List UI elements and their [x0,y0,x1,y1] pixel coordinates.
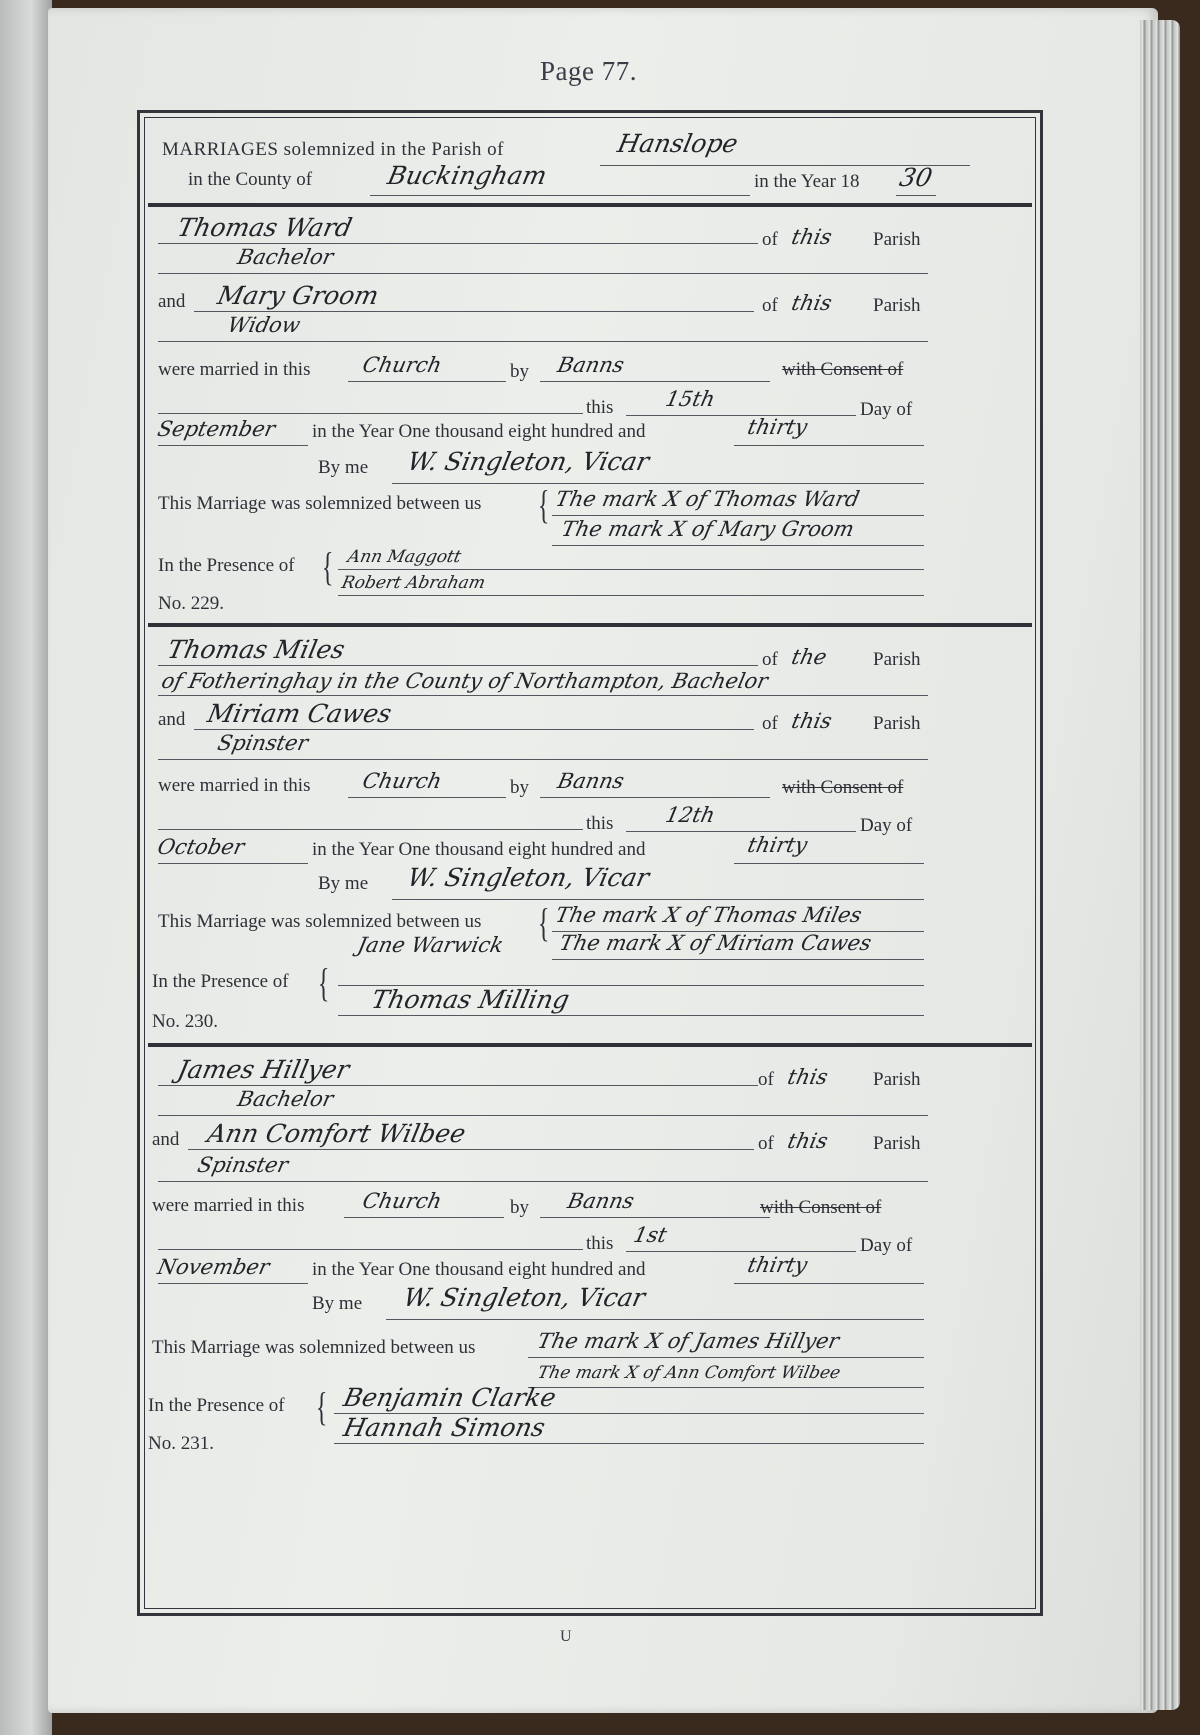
witness-2: Robert Abraham [340,573,487,593]
witness-2: Hannah Simons [341,1413,548,1442]
groom-blank [158,243,758,244]
brace: { [318,963,330,1003]
of-label: of [758,1069,774,1091]
officiant: W. Singleton, Vicar [401,1283,648,1312]
status-blank [158,341,928,342]
marriage-by: Banns [555,769,626,793]
solemnized-label: This Marriage was solemnized between us [158,911,481,933]
with-consent-label: with Consent of [782,777,903,799]
parish-label: Parish [873,649,921,671]
bride-blank [194,729,754,730]
bride-name: Ann Comfort Wilbee [205,1119,468,1148]
and-label: and [152,1129,179,1151]
status-blank [158,273,928,274]
bride-parish: this [789,709,834,733]
marriage-place: Church [360,1189,444,1213]
bride-name: Mary Groom [215,281,381,310]
bride-status: Spinster [195,1153,290,1177]
parish-label: Parish [873,1069,921,1091]
signature-blank [528,1387,924,1388]
signature-groom: The mark X of James Hillyer [535,1329,841,1353]
marriage-entry: Thomas Ward of this Parish Bachelor and … [148,203,1032,621]
brace: { [538,903,550,943]
by-me-label: By me [318,873,368,895]
marriage-place: Church [360,353,444,377]
solemnized-label: This Marriage was solemnized between us [152,1337,475,1359]
by-blank [540,1217,770,1218]
printer-signature-mark: U [560,1628,572,1646]
marriage-by: Banns [565,1189,636,1213]
marriage-day: 1st [631,1223,669,1247]
marriage-entry: James Hillyer of this Parish Bachelor an… [148,1043,1032,1603]
consent-blank [158,829,583,830]
header-parish: Hanslope [615,129,741,158]
witness-blank [338,595,924,596]
marriage-by: Banns [555,353,626,377]
bride-name: Miriam Cawes [205,699,394,728]
brace: { [316,1387,328,1427]
signature-bride: The mark X of Mary Groom [559,517,856,541]
place-blank [348,797,506,798]
groom-status: Bachelor [235,245,335,269]
page-stack-edges [1140,20,1180,1710]
of-label: of [762,295,778,317]
signature-blank [552,931,924,932]
officiant-blank [392,899,924,900]
place-blank [348,381,506,382]
officiant: W. Singleton, Vicar [405,447,652,476]
marriage-year: thirty [745,415,809,439]
status-blank [158,1115,928,1116]
entry-number: No. 229. [158,593,224,615]
by-blank [540,797,770,798]
signature-blank [552,959,924,960]
bride-status: Spinster [215,731,310,755]
bride-blank [194,311,754,312]
entry-divider [148,203,1032,207]
marriage-month: September [155,417,277,441]
groom-blank [158,1085,758,1086]
groom-name: Thomas Ward [175,213,355,242]
page-number: Page 77. [540,56,637,87]
consent-blank [158,1249,583,1250]
groom-name: Thomas Miles [165,635,348,664]
signature-bride: The mark X of Ann Comfort Wilbee [536,1363,842,1383]
brace: { [538,485,550,525]
bride-parish: this [785,1129,830,1153]
by-me-label: By me [318,457,368,479]
and-label: and [158,291,185,313]
marriage-month: November [155,1255,271,1279]
status-blank [158,1181,928,1182]
groom-status: Bachelor [235,1087,335,1111]
day-of-label: Day of [860,1235,912,1257]
this-label: this [586,1233,613,1255]
month-blank [158,1283,308,1284]
solemnized-label: This Marriage was solemnized between us [158,493,481,515]
year-text-label: in the Year One thousand eight hundred a… [312,421,646,443]
with-consent-label: with Consent of [782,359,903,381]
facing-page-edge [0,0,52,1735]
bride-status: Widow [225,313,302,337]
entry-divider [148,623,1032,627]
day-blank [626,1251,856,1252]
signature-blank [552,545,924,546]
year-text-label: in the Year One thousand eight hundred a… [312,1259,646,1281]
groom-parish: this [785,1065,830,1089]
marriage-month: October [155,835,246,859]
groom-status: of Fotheringhay in the County of Northam… [159,669,770,693]
year-text-label: in the Year One thousand eight hundred a… [312,839,646,861]
signature-blank [552,515,924,516]
year-blank [734,863,924,864]
officiant-blank [392,483,924,484]
of-label: of [762,713,778,735]
marriage-day: 12th [663,803,717,827]
consent-blank [158,413,583,414]
groom-blank [158,665,758,666]
presence-label: In the Presence of [152,971,289,993]
day-of-label: Day of [860,815,912,837]
brace: { [322,547,334,587]
by-label: by [510,1197,529,1219]
by-me-label: By me [312,1293,362,1315]
signature-bride: The mark X of Miriam Cawes [557,931,873,955]
witness-1: Benjamin Clarke [341,1383,559,1412]
status-blank [158,695,928,696]
by-label: by [510,361,529,383]
parish-label: Parish [873,1133,921,1155]
register-frame: MARRIAGES solemnized in the Parish of Ha… [137,110,1043,1616]
witness-blank [334,1443,924,1444]
married-in-label: were married in this [158,775,310,797]
married-in-label: were married in this [158,359,310,381]
married-in-label: were married in this [152,1195,304,1217]
officiant-blank [386,1319,924,1320]
county-blank [370,195,750,196]
marriage-day: 15th [663,387,717,411]
marriage-entry: Thomas Miles of the Parish of Fotheringh… [148,623,1032,1041]
day-blank [626,415,856,416]
officiant: W. Singleton, Vicar [405,863,652,892]
groom-parish: this [789,225,834,249]
bride-blank [188,1149,754,1150]
signature-groom: The mark X of Thomas Miles [553,903,864,927]
marriage-year: thirty [745,1253,809,1277]
year-blank [896,195,936,196]
signature-blank [528,1357,924,1358]
and-label: and [158,709,185,731]
status-blank [158,759,928,760]
witness-1: Jane Warwick [355,933,505,957]
month-blank [158,445,308,446]
month-blank [158,863,308,864]
entry-divider [148,1043,1032,1047]
groom-name: James Hillyer [175,1055,352,1084]
marriage-place: Church [360,769,444,793]
year-blank [734,1283,924,1284]
day-blank [626,831,856,832]
of-label: of [762,229,778,251]
signature-groom: The mark X of Thomas Ward [553,487,861,511]
header-prefix: MARRIAGES solemnized in the Parish of [162,139,504,161]
with-consent-text: with Consent of [760,1197,881,1218]
by-blank [540,381,770,382]
witness-2: Thomas Milling [369,985,572,1014]
parish-label: Parish [873,713,921,735]
marriage-year: thirty [745,833,809,857]
parish-label: Parish [873,295,921,317]
of-label: of [758,1133,774,1155]
witness-blank [338,1015,924,1016]
day-of-label: Day of [860,399,912,421]
parish-label: Parish [873,229,921,251]
witness-blank [338,569,924,570]
entry-number: No. 230. [152,1011,218,1033]
this-label: this [586,397,613,419]
groom-parish: the [789,645,829,669]
presence-label: In the Presence of [158,555,295,577]
place-blank [344,1217,504,1218]
year-blank [734,445,924,446]
year-label: in the Year 18 [754,171,860,193]
by-label: by [510,777,529,799]
of-label: of [762,649,778,671]
entry-number: No. 231. [148,1433,214,1455]
county-label: in the County of [188,169,312,191]
header-year: 30 [897,163,935,192]
bride-parish: this [789,291,834,315]
presence-label: In the Presence of [148,1395,285,1417]
witness-1: Ann Maggott [346,547,463,567]
this-label: this [586,813,613,835]
with-consent-label: with Consent of [760,1197,881,1219]
header-county: Buckingham [385,161,550,190]
